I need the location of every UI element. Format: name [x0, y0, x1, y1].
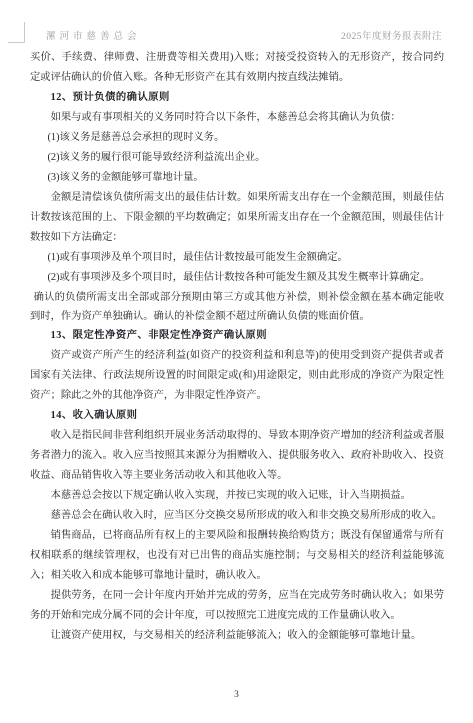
- list-item-condition-3: (3)该义务的金额能够可靠地计量。: [30, 168, 444, 188]
- paragraph-exchange-vs-nonexchange: 慈善总会在确认收入时，应当区分交换交易所形成的收入和非交换交易所形成的收入。: [30, 506, 444, 526]
- document-body: 买价、手续费、律师费、注册费等相关费用)入账；对接受投资转入的无形资产，按合同约…: [30, 48, 444, 646]
- paragraph-best-estimate: 金额是清偿该负债所需支出的最佳估计数。如果所需支出存在一个金额范围，则最佳估计数…: [30, 188, 444, 248]
- paragraph-asset-use-rights: 让渡资产使用权，与交易相关的经济利益能够流入；收入的金额能够可靠地计量。: [30, 626, 444, 646]
- paragraph-intangible-assets-continuation: 买价、手续费、律师费、注册费等相关费用)入账；对接受投资转入的无形资产，按合同约…: [30, 48, 444, 88]
- paragraph-goods-sales-recognition: 销售商品，已将商品所有权上的主要风险和报酬转换给购货方；既没有保留通常与所有权相…: [30, 526, 444, 586]
- section-heading-12-estimated-liabilities: 12、预计负债的确认原则: [30, 88, 444, 108]
- paragraph-restricted-net-assets-definition: 资产或资产所产生的经济利益(如资产的投资利益和利息等)的使用受到资产提供者或者国…: [30, 346, 444, 406]
- list-item-single-project: (1)或有事项涉及单个项目时，最佳估计数按最可能发生金额确定。: [30, 248, 444, 268]
- section-heading-13-restricted-net-assets: 13、限定性净资产、非限定性净资产确认原则: [30, 326, 444, 346]
- header-report-title: 2025年度财务报表附注: [341, 28, 442, 42]
- paragraph-revenue-recording-rule: 本慈善总会按以下规定确认收入实现，并按已实现的收入记账，计入当期损益。: [30, 486, 444, 506]
- list-item-condition-2: (2)该义务的履行很可能导致经济利益流出企业。: [30, 148, 444, 168]
- page-number: 3: [234, 690, 239, 700]
- paragraph-revenue-definition: 收入是指民间非营利组织开展业务活动取得的、导致本期净资产增加的经济利益或者服务者…: [30, 426, 444, 486]
- section-heading-14-revenue-recognition: 14、收入确认原则: [30, 406, 444, 426]
- margin-corner-mark: [8, 22, 25, 43]
- paragraph-service-revenue-recognition: 提供劳务，在同一会计年度内开始并完成的劳务，应当在完成劳务时确认收入；如果劳务的…: [30, 586, 444, 626]
- paragraph-third-party-compensation: 确认的负债所需支出全部或部分预期由第三方或其他方补偿，则补偿金额在基本确定能收到…: [30, 288, 444, 326]
- paragraph-liability-conditions-intro: 如果与或有事项相关的义务同时符合以下条件，本慈善总会将其确认为负债：: [30, 108, 444, 128]
- document-page: 漯河市慈善总会 2025年度财务报表附注 买价、手续费、律师费、注册费等相关费用…: [0, 0, 473, 723]
- list-item-condition-1: (1)该义务是慈善总会承担的现时义务。: [30, 128, 444, 148]
- list-item-multiple-projects: (2)或有事项涉及多个项目时，最佳估计数按各种可能发生额及其发生概率计算确定。: [30, 268, 444, 288]
- page-footer: 3: [0, 690, 473, 700]
- header-organization-name: 漯河市慈善总会: [46, 28, 141, 42]
- page-header: 漯河市慈善总会 2025年度财务报表附注: [46, 28, 442, 42]
